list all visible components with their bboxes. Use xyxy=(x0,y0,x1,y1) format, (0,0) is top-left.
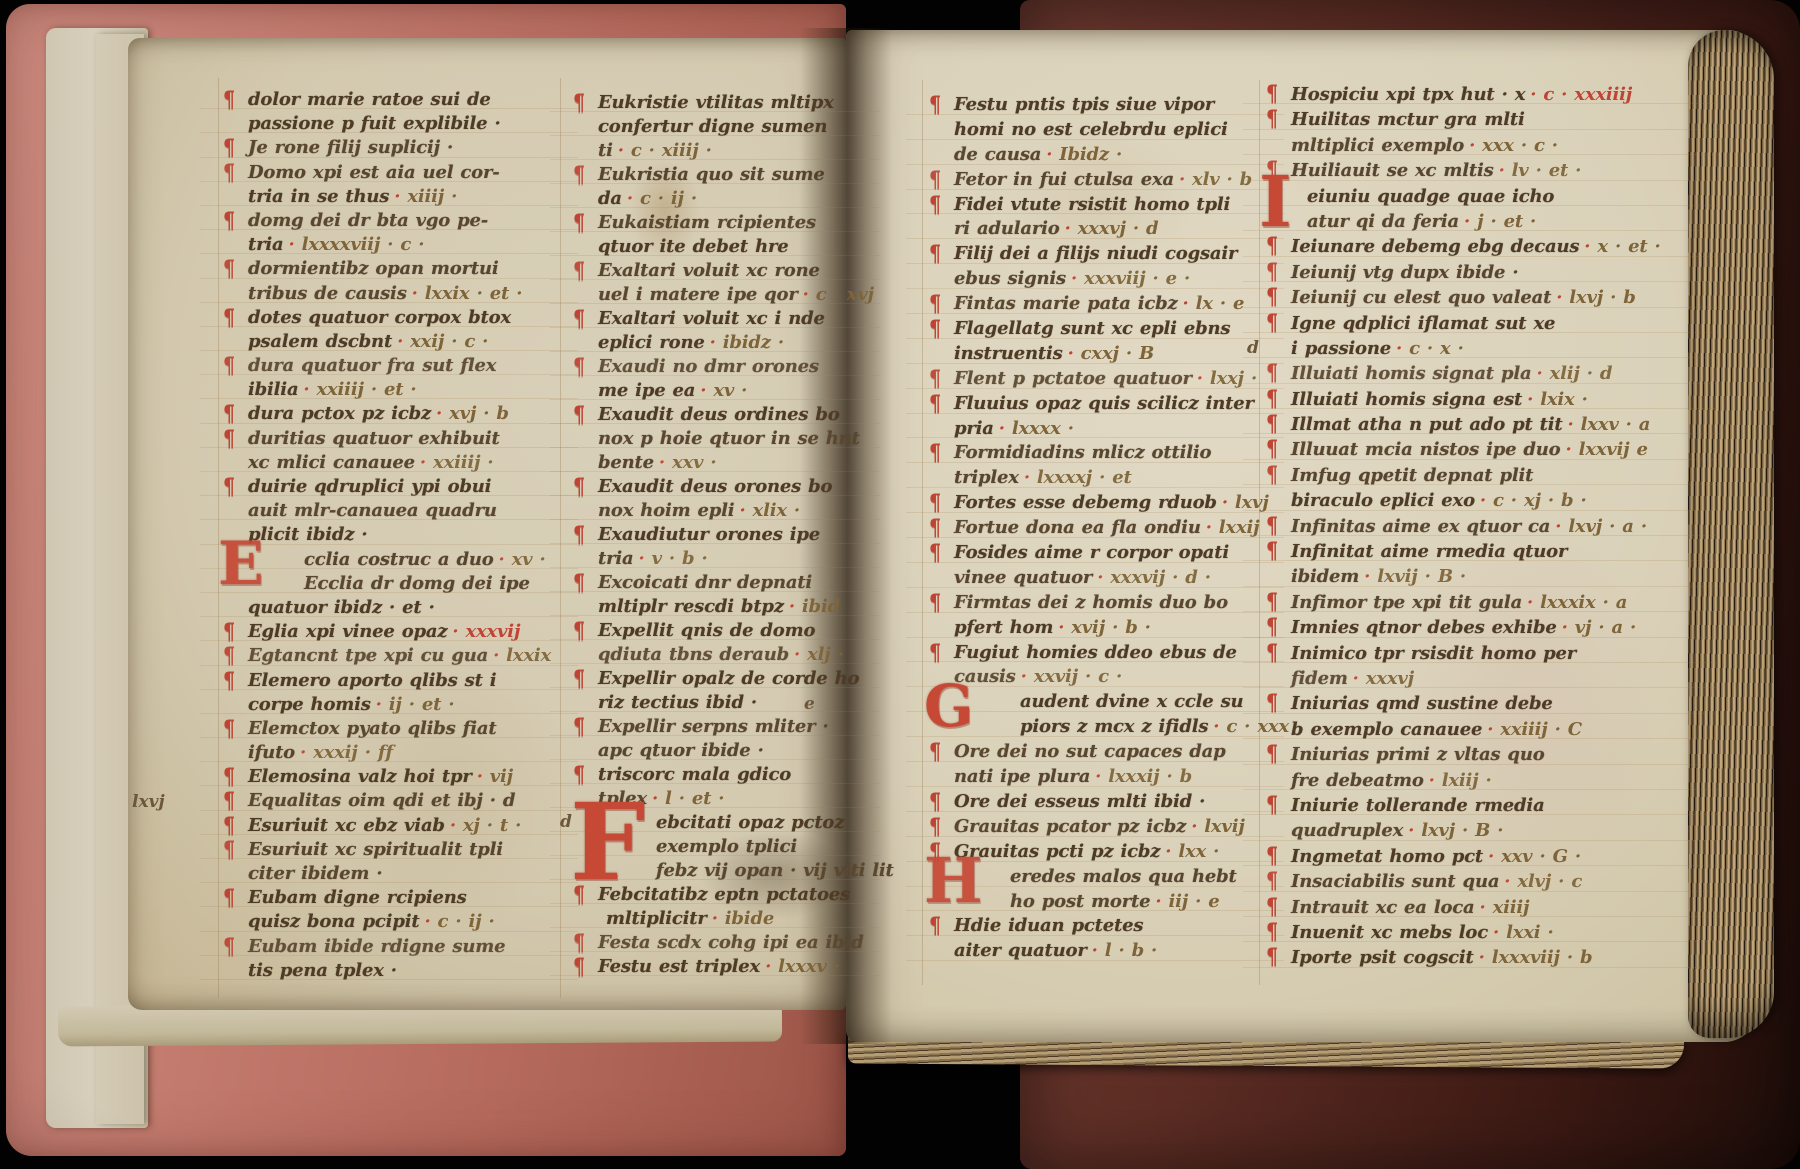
entry-text: Ieiunij vtg dupx ibide · xyxy=(1291,262,1518,283)
entry-text: nox p hoie qtuor in se hnt xyxy=(598,428,860,449)
entry-text: Fintas marie pata icbz xyxy=(954,293,1178,314)
entry-text: Exaudiutur orones ipe xyxy=(598,524,820,545)
folio-reference: lxxxix · a xyxy=(1540,592,1627,613)
folio-reference: xxxviij · e · xyxy=(1084,268,1190,289)
entry-text: Fortes esse debemg rduob xyxy=(954,492,1217,513)
red-point: · xyxy=(1479,897,1485,918)
pilcrow-mark: ¶ xyxy=(1266,943,1278,973)
red-point: · xyxy=(1584,236,1590,257)
entry-text: piors z mcx z ifidls xyxy=(1020,716,1208,737)
index-entry-line: ri adulario·xxxvj · d xyxy=(928,217,1276,242)
entry-text: eiuniu quadge quae icho xyxy=(1307,186,1554,207)
pilcrow-mark: ¶ xyxy=(573,665,585,693)
folio-reference: xxxvij · d · xyxy=(1110,567,1211,588)
entry-text: Eukaistiam rcipientes xyxy=(598,212,816,233)
pilcrow-mark: ¶ xyxy=(1266,461,1278,491)
pilcrow-mark: ¶ xyxy=(1266,105,1278,135)
index-entry-line: da·c · ij · xyxy=(572,187,872,211)
entry-text: Eubam digne rcipiens xyxy=(248,887,467,908)
pilcrow-mark: ¶ xyxy=(929,315,941,344)
red-point: · xyxy=(1504,871,1510,892)
entry-text: uel i matere ipe qor xyxy=(598,284,798,305)
entry-text: Huiliauit se xc mltis xyxy=(1291,160,1494,181)
pilcrow-mark: ¶ xyxy=(929,389,941,418)
entry-text: mltiplr rescdi btpz xyxy=(598,596,784,617)
index-entry-line: psalem dscbnt·xxij · c · xyxy=(222,330,570,354)
index-entry-line: qtuor ite debet hre xyxy=(572,235,872,259)
red-point: · xyxy=(303,379,309,400)
index-entry-line: confertur digne sumen xyxy=(572,115,872,139)
pilcrow-mark: ¶ xyxy=(929,240,941,269)
entry-text: mltiplicitr xyxy=(606,908,707,929)
folio-reference: lxx · xyxy=(1178,841,1219,862)
red-point: · xyxy=(1071,268,1077,289)
entry-text: dura quatuor fra sut flex xyxy=(248,355,496,376)
index-entry-line: ¶Iniurias qmd sustine debe xyxy=(1265,691,1711,716)
index-entry-line: ¶dolor marie ratoe sui de xyxy=(222,88,570,112)
entry-text: Expellir serpns mliter · xyxy=(598,716,829,737)
index-entry-line: ¶Exaudit deus orones bo xyxy=(572,475,872,499)
folio-reference: c · xxxiiij xyxy=(1543,84,1632,105)
index-entry-line: corpe homis·ij · et · xyxy=(222,693,570,717)
entry-text: fre debeatmo xyxy=(1291,770,1424,791)
index-entry-line: apc qtuor ibide · xyxy=(572,739,872,763)
entry-text: Exaltari voluit xc i nde xyxy=(598,308,825,329)
folio-reference: xxxvj xyxy=(1366,668,1414,689)
entry-text: Eubam ibide rdigne sume xyxy=(248,936,505,957)
red-point: · xyxy=(1464,211,1470,232)
red-point: · xyxy=(436,403,442,424)
folio-reference: lxvj · B · xyxy=(1421,820,1503,841)
folio-reference: lxxix · et · xyxy=(425,283,523,304)
folio-reference: lxxix xyxy=(506,645,551,666)
index-entry-line: ¶Ore dei esseus mlti ibid · xyxy=(928,790,1276,815)
index-entry-line: ¶Festu est triplex·lxxxv · xyxy=(572,955,872,979)
folio-reference: vij xyxy=(490,766,513,787)
right-page-column-2: ¶Hospiciu xpi tpx hut · x·c · xxxiiij¶Hu… xyxy=(1265,82,1711,971)
red-point: · xyxy=(1499,160,1505,181)
ruling-line xyxy=(922,80,923,985)
folio-reference: lxxvij e xyxy=(1579,439,1648,460)
red-point: · xyxy=(1527,592,1533,613)
entry-text: xc mlici canauee xyxy=(248,452,415,473)
entry-text: qdiuta tbns deraub xyxy=(598,644,789,665)
folio-reference: l · et · xyxy=(665,788,724,809)
index-entry-line: mltiplr rescdi btpz·ibid xyxy=(572,595,872,619)
index-entry-line: ¶dotes quatuor corpox btox xyxy=(222,306,570,330)
index-entry-line: nox p hoie qtuor in se hnt xyxy=(572,427,872,451)
index-entry-line: Febcitati opaz pctoz xyxy=(572,811,872,835)
entry-text: Fosides aime r corpor opati xyxy=(954,542,1229,563)
folio-reference: xlij · d xyxy=(1550,363,1613,384)
pilcrow-mark: ¶ xyxy=(223,255,235,284)
index-entry-line: ¶dura quatuor fra sut flex xyxy=(222,354,570,378)
index-entry-line: ¶Illmat atha n put ado pt tit·lxxv · a xyxy=(1265,412,1711,437)
folio-reference: xxxvij xyxy=(465,621,520,642)
index-entry-line: ¶Infinitas aime ex qtuor ca·lxvj · a · xyxy=(1265,514,1711,539)
red-point: · xyxy=(1408,820,1414,841)
folio-reference: l · b · xyxy=(1105,940,1157,961)
red-point: · xyxy=(1183,293,1189,314)
red-point: · xyxy=(493,645,499,666)
folio-reference: xxiiij · et · xyxy=(316,379,416,400)
pilcrow-mark: ¶ xyxy=(573,161,585,189)
folio-reference: lxvij · B · xyxy=(1377,566,1466,587)
entry-text: Equalitas oim qdi et ibj · d xyxy=(248,790,515,811)
entry-text: ti xyxy=(598,140,613,161)
entry-text: plicit ibidz · xyxy=(248,524,367,545)
index-entry-line: ¶Expellir opalz de corde ho xyxy=(572,667,872,691)
entry-text: bente xyxy=(598,452,654,473)
red-point: · xyxy=(1568,414,1574,435)
index-entry-line: ¶Infimor tpe xpi tit gula·lxxxix · a xyxy=(1265,590,1711,615)
index-entry-line: auit mlr-canauea quadru xyxy=(222,499,570,523)
folio-reference: lv · et · xyxy=(1512,160,1582,181)
folio-reference: lxvj · a · xyxy=(1568,516,1647,537)
entry-text: Infinitas aime ex qtuor ca xyxy=(1291,516,1550,537)
red-point: · xyxy=(700,380,706,401)
entry-text: Imfug qpetit depnat plit xyxy=(1291,465,1533,486)
entry-text: Flagellatg sunt xc epli ebns xyxy=(954,318,1230,339)
red-point: · xyxy=(1469,135,1475,156)
red-point: · xyxy=(1396,338,1402,359)
entry-text: tria xyxy=(248,234,284,255)
illuminated-initial-G: G xyxy=(924,684,973,729)
entry-text: Expellir opalz de corde ho xyxy=(598,668,859,689)
entry-text: ifuto xyxy=(248,742,295,763)
index-entry-line: passione p fuit explibile · xyxy=(222,112,570,136)
index-entry-line: ¶Domo xpi est aia uel cor- xyxy=(222,161,570,185)
folio-reference: lxxxxviij · c · xyxy=(302,234,425,255)
folio-reference: ij · et · xyxy=(389,694,455,715)
index-entry-line: piors z mcx z ifidls·c · xxx xyxy=(928,715,1276,740)
index-entry-line: ¶Flagellatg sunt xc epli ebns xyxy=(928,317,1276,342)
entry-text: fidem xyxy=(1291,668,1348,689)
index-entry-line: ¶Ieiunij vtg dupx ibide · xyxy=(1265,260,1711,285)
index-entry-line: ¶Exaltari voluit xc i nde xyxy=(572,307,872,331)
red-point: · xyxy=(1197,368,1203,389)
entry-text: Eukristie vtilitas mltipx xyxy=(598,92,834,113)
entry-text: da xyxy=(598,188,622,209)
red-point: · xyxy=(639,548,645,569)
red-point: · xyxy=(499,549,505,570)
index-entry-line: nati ipe plura·lxxxij · b xyxy=(928,765,1276,790)
red-point: · xyxy=(1046,144,1052,165)
pilcrow-mark: ¶ xyxy=(1266,638,1278,668)
pilcrow-mark: ¶ xyxy=(573,617,585,645)
entry-text: Illuuat mcia nistos ipe duo xyxy=(1291,439,1561,460)
folio-reference: c · xiiij · xyxy=(631,140,712,161)
red-point: · xyxy=(1555,516,1561,537)
entry-text: instruentis xyxy=(954,343,1063,364)
folio-reference: lxxv · a xyxy=(1581,414,1651,435)
index-entry-line: ¶Eukaistiam rcipientes xyxy=(572,211,872,235)
index-entry-line: ¶Igne qdplici iflamat sut xe xyxy=(1265,311,1711,336)
pilcrow-mark: ¶ xyxy=(573,257,585,285)
index-entry-line: riz tectius ibid · xyxy=(572,691,872,715)
index-entry-line: ¶Hdie iduan pctetes xyxy=(928,914,1276,939)
red-point: · xyxy=(1556,287,1562,308)
index-entry-line: ¶Fidei vtute rsistit homo tpli xyxy=(928,193,1276,218)
index-entry-line: ¶Expellit qnis de domo xyxy=(572,619,872,643)
red-point: · xyxy=(789,596,795,617)
entry-text: b exemplo canauee xyxy=(1291,719,1482,740)
pilcrow-mark: ¶ xyxy=(223,836,235,865)
entry-text: atur qi da feria xyxy=(1307,211,1459,232)
entry-text: Fetor in fui ctulsa exa xyxy=(954,169,1174,190)
red-point: · xyxy=(1021,666,1027,687)
index-entry-line: xc mlici canauee·xxiiij · xyxy=(222,451,570,475)
pilcrow-mark: ¶ xyxy=(223,158,235,187)
pilcrow-mark: ¶ xyxy=(223,86,235,115)
pilcrow-mark: ¶ xyxy=(1266,537,1278,567)
entry-text: Festu est triplex xyxy=(598,956,760,977)
entry-text: Grauitas pcator pz icbz xyxy=(954,816,1186,837)
entry-text: Elemctox pyato qlibs fiat xyxy=(248,718,496,739)
entry-text: Eglia xpi vinee opaz xyxy=(248,621,447,642)
index-entry-line: Ecclia costruc a duo·xv · xyxy=(222,548,570,572)
entry-text: Ieiunare debemg ebg decaus xyxy=(1291,236,1579,257)
red-point: · xyxy=(710,332,716,353)
entry-text: audent dvine x ccle su xyxy=(1020,691,1243,712)
index-entry-line: ¶Ingmetat homo pct·xxv · G · xyxy=(1265,844,1711,869)
index-entry-line: quadruplex·lxvj · B · xyxy=(1265,818,1711,843)
entry-text: nox hoim epli xyxy=(598,500,734,521)
pilcrow-mark: ¶ xyxy=(573,209,585,237)
index-entry-line: ¶Ieiunare debemg ebg decaus·x · et · xyxy=(1265,234,1711,259)
index-entry-line: ¶Hospiciu xpi tpx hut · x·c · xxxiiij xyxy=(1265,82,1711,107)
folio-reference: lxvij xyxy=(1204,816,1244,837)
entry-text: quadruplex xyxy=(1291,820,1403,841)
index-entry-line: ¶Formidiadins mlicz ottilio xyxy=(928,441,1276,466)
folio-reference: xxv · xyxy=(672,452,716,473)
pilcrow-mark: ¶ xyxy=(223,473,235,502)
index-entry-line: ¶Imfug qpetit depnat plit xyxy=(1265,463,1711,488)
index-entry-line: ¶Illuiati homis signat pla·xlij · d xyxy=(1265,361,1711,386)
red-point: · xyxy=(1206,517,1212,538)
entry-text: Infinitat aime rmedia qtuor xyxy=(1291,541,1567,562)
entry-text: Infimor tpe xpi tit gula xyxy=(1291,592,1522,613)
index-entry-line: nox hoim epli·xlix · xyxy=(572,499,872,523)
entry-text: Fugiut homies ddeo ebus de xyxy=(954,642,1237,663)
entry-text: pria xyxy=(954,418,994,439)
index-entry-line: ¶Imnies qtnor debes exhibe·vj · a · xyxy=(1265,615,1711,640)
folio-reference: cxxj · B xyxy=(1081,343,1154,364)
pilcrow-mark: ¶ xyxy=(223,884,235,913)
entry-text: dura pctox pz icbz xyxy=(248,403,431,424)
folio-reference: ibide xyxy=(725,908,774,929)
pilcrow-mark: ¶ xyxy=(929,539,941,568)
index-entry-line: quisz bona pcipit·c · ij · xyxy=(222,910,570,934)
pilcrow-mark: ¶ xyxy=(223,207,235,236)
margin-note: lxvj xyxy=(132,792,165,812)
index-entry-line: pria·lxxxx · xyxy=(928,417,1276,442)
index-entry-line: ¶Equalitas oim qdi et ibj · d xyxy=(222,789,570,813)
entry-text: Formidiadins mlicz ottilio xyxy=(954,442,1211,463)
entry-text: Illuiati homis signat pla xyxy=(1291,363,1531,384)
entry-text: ho post morte xyxy=(1010,891,1150,912)
index-entry-line: ¶Filij dei a filijs niudi cogsair xyxy=(928,242,1276,267)
entry-text: Iniurie tollerande rmedia xyxy=(1291,795,1545,816)
pilcrow-mark: ¶ xyxy=(573,569,585,597)
pilcrow-mark: ¶ xyxy=(223,666,235,695)
index-entry-line: ¶dormientibz opan mortui xyxy=(222,257,570,281)
red-point: · xyxy=(1165,841,1171,862)
entry-text: vinee quatuor xyxy=(954,567,1092,588)
folio-reference: xlvj · c xyxy=(1517,871,1582,892)
red-point: · xyxy=(652,788,658,809)
red-point: · xyxy=(1058,617,1064,638)
pilcrow-mark: ¶ xyxy=(1266,740,1278,770)
red-point: · xyxy=(1429,770,1435,791)
folio-reference: c · x · xyxy=(1409,338,1464,359)
entry-text: febz vij opan · vij viti lit xyxy=(656,860,894,881)
red-point: · xyxy=(739,500,745,521)
index-entry-line: ¶Elemctox pyato qlibs fiat xyxy=(222,717,570,741)
index-entry-line: ¶duirie qdruplici ypi obui xyxy=(222,475,570,499)
entry-text: Ingmetat homo pct xyxy=(1291,846,1483,867)
index-entry-line: ¶Fugiut homies ddeo ebus de xyxy=(928,641,1276,666)
entry-text: de causa xyxy=(954,144,1041,165)
pilcrow-mark: ¶ xyxy=(573,305,585,333)
entry-text: eplici rone xyxy=(598,332,705,353)
folio-reference: xj · t · xyxy=(463,815,521,836)
entry-text: Firmtas dei z homis duo bo xyxy=(954,592,1228,613)
red-point: · xyxy=(999,418,1005,439)
red-point: · xyxy=(289,234,295,255)
entry-text: Fluuius opaz quis scilicz inter xyxy=(954,393,1254,414)
folio-reference: xiiij xyxy=(1493,897,1530,918)
pilcrow-mark: ¶ xyxy=(929,91,941,120)
index-entry-line: ¶Festu pntis tpis siue vipor xyxy=(928,93,1276,118)
entry-text: Inimico tpr rsisdit homo per xyxy=(1291,643,1576,664)
folio-reference: x · et · xyxy=(1597,236,1660,257)
folio-reference: xxiiij · xyxy=(433,452,493,473)
entry-text: eredes malos qua hebt xyxy=(1010,866,1237,887)
red-point: · xyxy=(452,621,458,642)
index-entry-line: ¶Eukristie vtilitas mltipx xyxy=(572,91,872,115)
index-entry-line: ¶Iporte psit cogscit·lxxxviij · b xyxy=(1265,945,1711,970)
index-entry-line: qdiuta tbns deraub·xlj · xyxy=(572,643,872,667)
index-entry-line: tribus de causis·lxxix · et · xyxy=(222,282,570,306)
entry-text: ri adulario xyxy=(954,218,1060,239)
red-point: · xyxy=(424,911,430,932)
index-entry-line: ti·c · xiiij · xyxy=(572,139,872,163)
index-entry-line: b exemplo canauee·xxiiij · C xyxy=(1265,717,1711,742)
folio-reference: xv · xyxy=(512,549,546,570)
red-point: · xyxy=(794,644,800,665)
margin-note: d xyxy=(1247,338,1259,358)
entry-text: tribus de causis xyxy=(248,283,407,304)
pilcrow-mark: ¶ xyxy=(929,738,941,767)
folio-reference: xxvij · c · xyxy=(1034,666,1122,687)
index-entry-line: ¶Exaudi no dmr orones xyxy=(572,355,872,379)
entry-text: triplex xyxy=(954,467,1019,488)
red-point: · xyxy=(1364,566,1370,587)
left-page-column-1: ¶dolor marie ratoe sui depassione p fuit… xyxy=(222,88,570,983)
entry-text: dolor marie ratoe sui de xyxy=(248,89,491,110)
entry-text: Esuriuit xc ebz viab xyxy=(248,815,445,836)
red-point: · xyxy=(1222,492,1228,513)
red-point: · xyxy=(1488,846,1494,867)
entry-text: tria in se thus xyxy=(248,186,389,207)
entry-text: mltiplici exemplo xyxy=(1291,135,1464,156)
index-entry-line: me ipe ea·xv · xyxy=(572,379,872,403)
entry-text: Fidei vtute rsistit homo tpli xyxy=(954,194,1230,215)
index-entry-line: ¶Firmtas dei z homis duo bo xyxy=(928,591,1276,616)
index-entry-line: tria·v · b · xyxy=(572,547,872,571)
entry-text: dotes quatuor corpox btox xyxy=(248,307,511,328)
folio-reference: ibid xyxy=(802,596,840,617)
entry-text: Elemero aporto qlibs st i xyxy=(248,670,496,691)
index-entry-line: ¶Inimico tpr rsisdit homo per xyxy=(1265,641,1711,666)
folio-reference: xvij · b · xyxy=(1071,617,1150,638)
entry-text: me ipe ea xyxy=(598,380,695,401)
margin-note: e xyxy=(804,694,815,714)
pilcrow-mark: ¶ xyxy=(573,953,585,981)
index-entry-line: ho post morte·iij · e xyxy=(928,890,1276,915)
pilcrow-mark: ¶ xyxy=(573,521,585,549)
index-entry-line: i passione·c · x · xyxy=(1265,336,1711,361)
red-point: · xyxy=(1562,617,1568,638)
entry-text: Exaudit deus ordines bo xyxy=(598,404,840,425)
index-entry-line: ibidem·lxvij · B · xyxy=(1265,564,1711,589)
index-entry-line: ¶Fortes esse debemg rduob·lxvj xyxy=(928,491,1276,516)
red-point: · xyxy=(1479,947,1485,968)
red-point: · xyxy=(1095,766,1101,787)
entry-text: Igne qdplici iflamat sut xe xyxy=(1291,313,1555,334)
entry-text: Grauitas pcti pz icbz xyxy=(954,841,1160,862)
pilcrow-mark: ¶ xyxy=(573,353,585,381)
red-point: · xyxy=(765,956,771,977)
entry-text: apc qtuor ibide · xyxy=(598,740,764,761)
index-entry-line: ¶dura pctox pz icbz·xvj · b xyxy=(222,402,570,426)
entry-text: confertur digne sumen xyxy=(598,116,827,137)
index-entry-line: ¶Huiliauit se xc mltis·lv · et · xyxy=(1265,158,1711,183)
red-point: · xyxy=(1213,716,1219,737)
index-entry-line: ¶Elemosina valz hoi tpr·vij xyxy=(222,765,570,789)
red-point: · xyxy=(1353,668,1359,689)
index-entry-line: ¶Fosides aime r corpor opati xyxy=(928,541,1276,566)
entry-text: Exaltari voluit xc rone xyxy=(598,260,820,281)
folio-reference: xv · xyxy=(713,380,747,401)
folio-reference: xxxij · ff xyxy=(313,742,393,763)
entry-text: tria xyxy=(598,548,634,569)
red-point: · xyxy=(1155,891,1161,912)
index-entry-line: ¶Iniurias primi z vltas quo xyxy=(1265,742,1711,767)
entry-text: Ore dei esseus mlti ibid · xyxy=(954,791,1205,812)
index-entry-line: ¶Esuriuit xc ebz viab·xj · t · xyxy=(222,814,570,838)
index-entry-line: eplici rone·ibidz · xyxy=(572,331,872,355)
index-entry-line: ¶Iniurie tollerande rmedia xyxy=(1265,793,1711,818)
index-entry-line: ¶Insaciabilis sunt qua·xlvj · c xyxy=(1265,869,1711,894)
manuscript-photo: ¶dolor marie ratoe sui depassione p fuit… xyxy=(0,0,1800,1169)
index-entry-line: mltiplicitr·ibide xyxy=(572,907,872,931)
index-entry-line: ¶Fintas marie pata icbz·lx · e xyxy=(928,292,1276,317)
red-point: · xyxy=(412,283,418,304)
red-point: · xyxy=(1493,922,1499,943)
entry-text: Filij dei a filijs niudi cogsair xyxy=(954,243,1237,264)
index-entry-line: tria in se thus·xiiij · xyxy=(222,185,570,209)
folio-reference: lxxxv · xyxy=(778,956,840,977)
red-point: · xyxy=(1527,389,1533,410)
folio-reference: xxiiij · C xyxy=(1500,719,1582,740)
entry-text: riz tectius ibid · xyxy=(598,692,757,713)
pilcrow-mark: ¶ xyxy=(929,190,941,219)
pilcrow-mark: ¶ xyxy=(929,912,941,941)
index-entry-line: ¶Eubam digne rcipiens xyxy=(222,886,570,910)
entry-text: Hdie iduan pctetes xyxy=(954,915,1143,936)
